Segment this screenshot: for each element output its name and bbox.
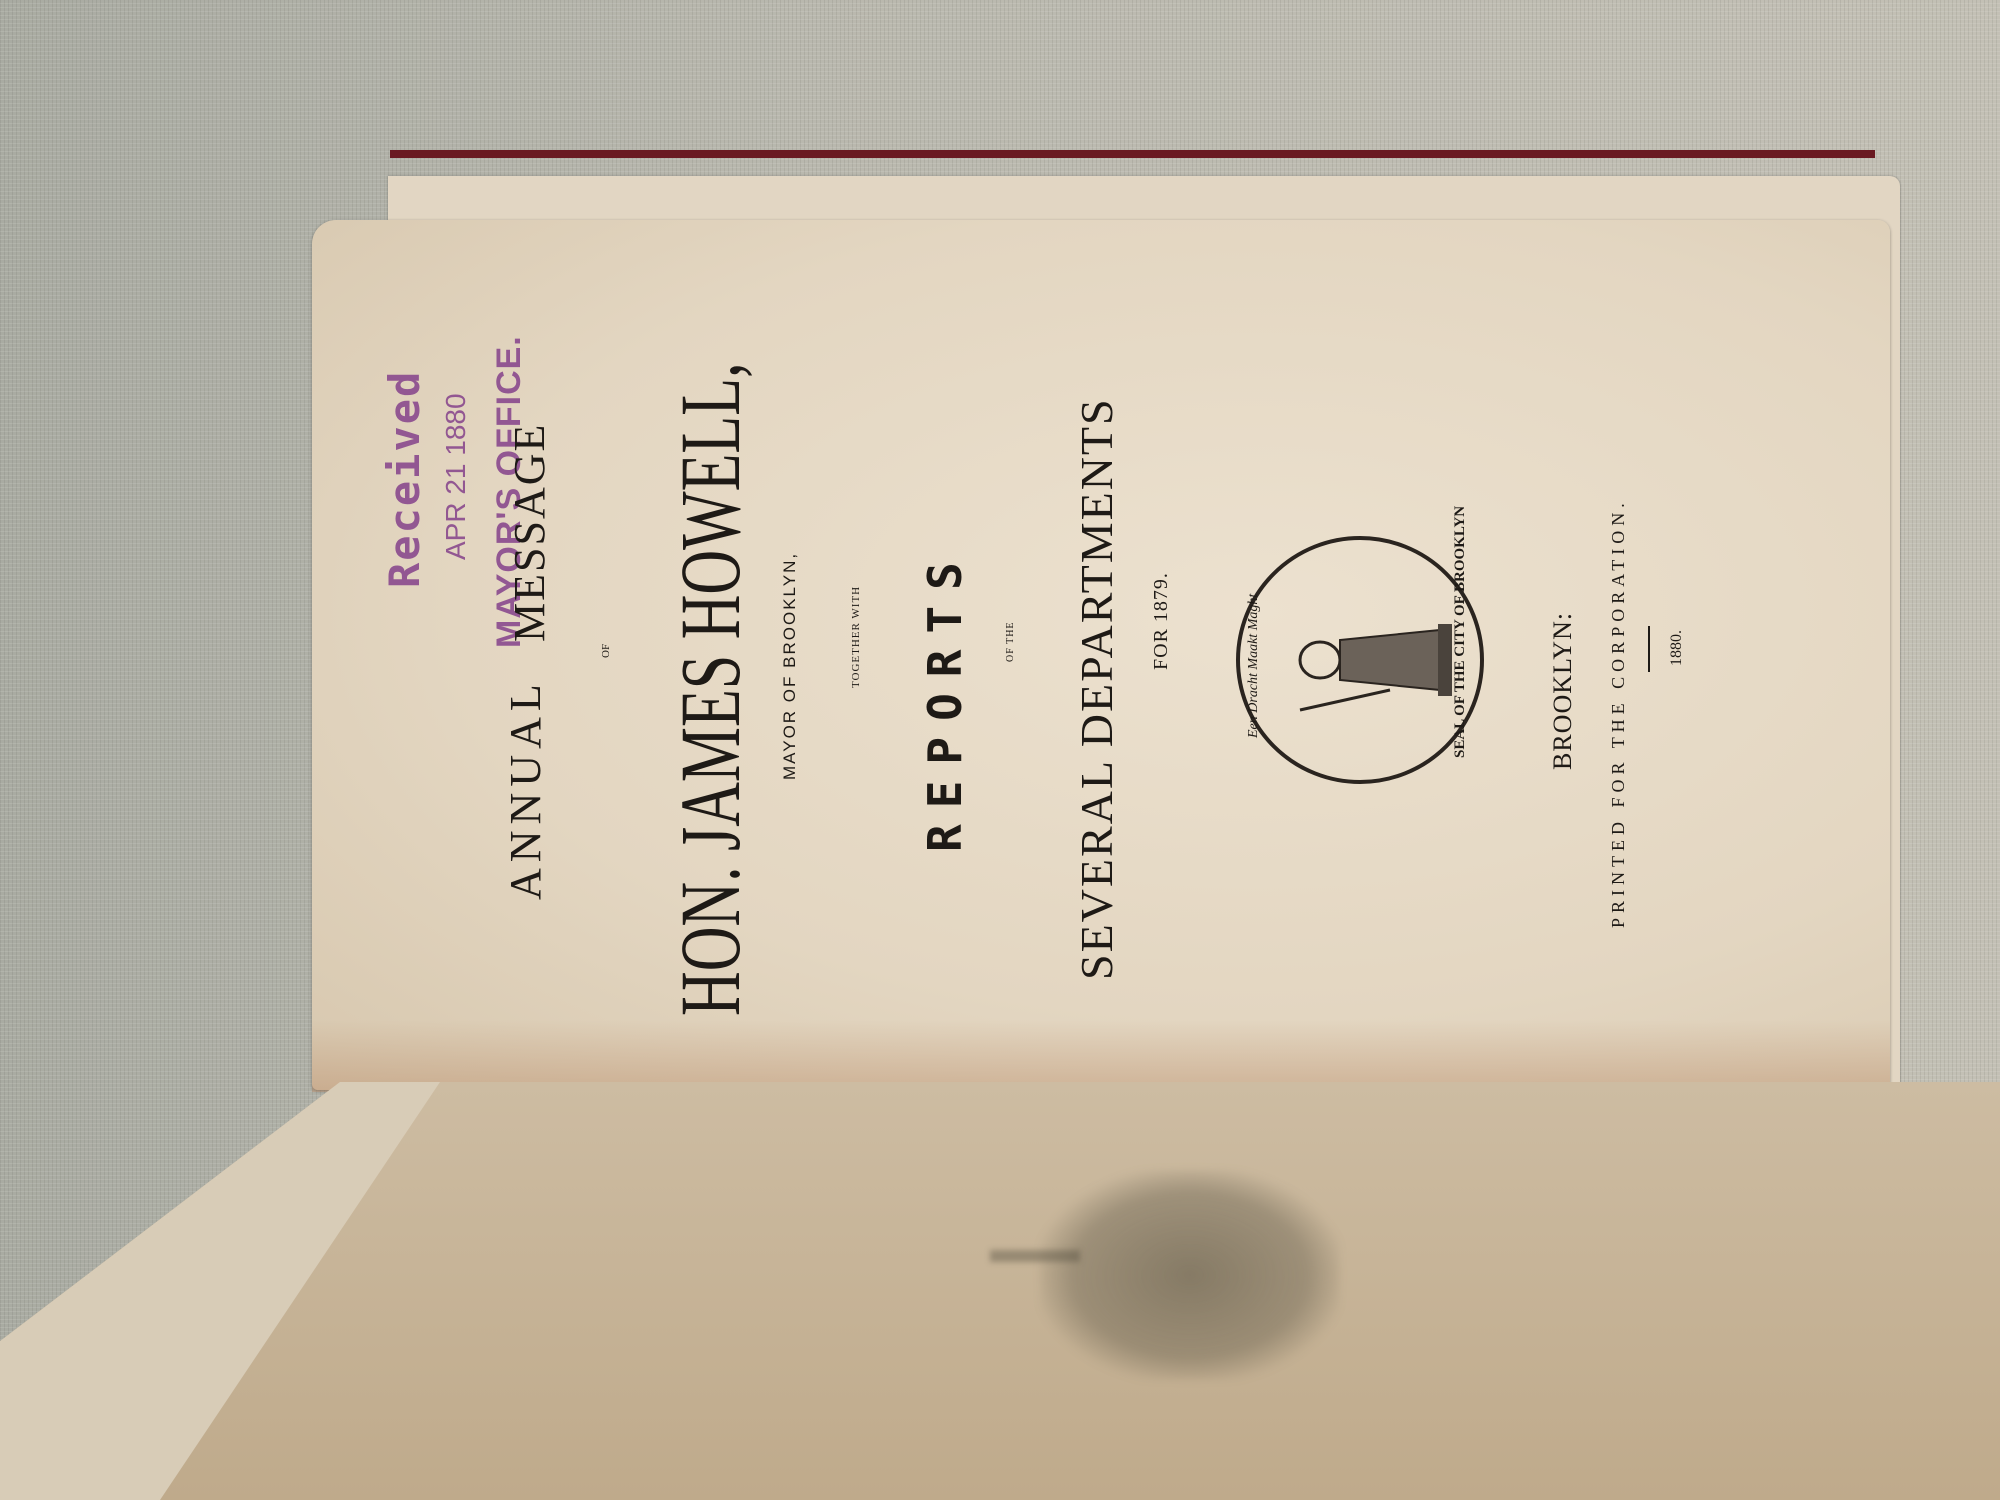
title-departments: SEVERAL DEPARTMENTS — [1070, 397, 1123, 980]
seal-motto: Een Dracht Maakt Maght — [1246, 594, 1262, 738]
title-year: FOR 1879. — [1150, 572, 1173, 670]
title-together: TOGETHER WITH — [850, 586, 862, 688]
title-annual: ANNUAL — [500, 678, 551, 900]
title-role: MAYOR OF BROOKLYN, — [780, 552, 800, 780]
imprint-rule — [1648, 626, 1650, 672]
title-reports: REPORTS — [918, 546, 972, 852]
title-message: MESSAGE — [504, 423, 555, 642]
stamp-received: Received — [380, 370, 429, 588]
imprint-city: BROOKLYN: — [1548, 612, 1578, 770]
title-of-the: OF THE — [1005, 621, 1016, 662]
imprint-year: 1880. — [1668, 630, 1686, 666]
seal-outer-text: SEAL OF THE CITY OF BROOKLYN — [1452, 506, 1469, 758]
rotated-title-text: Received APR 21 1880 MAYOR'S OFFICE. ANN… — [0, 0, 2000, 1500]
title-of: OF — [600, 644, 612, 658]
title-name: HON. JAMES HOWELL, — [660, 362, 760, 1016]
seal-figure-icon — [1240, 540, 1480, 780]
imprint-printer: PRINTED FOR THE CORPORATION. — [1608, 498, 1629, 928]
city-seal: Een Dracht Maakt Maght SEAL OF THE CITY … — [1236, 536, 1484, 784]
stamp-date: APR 21 1880 — [440, 393, 472, 560]
